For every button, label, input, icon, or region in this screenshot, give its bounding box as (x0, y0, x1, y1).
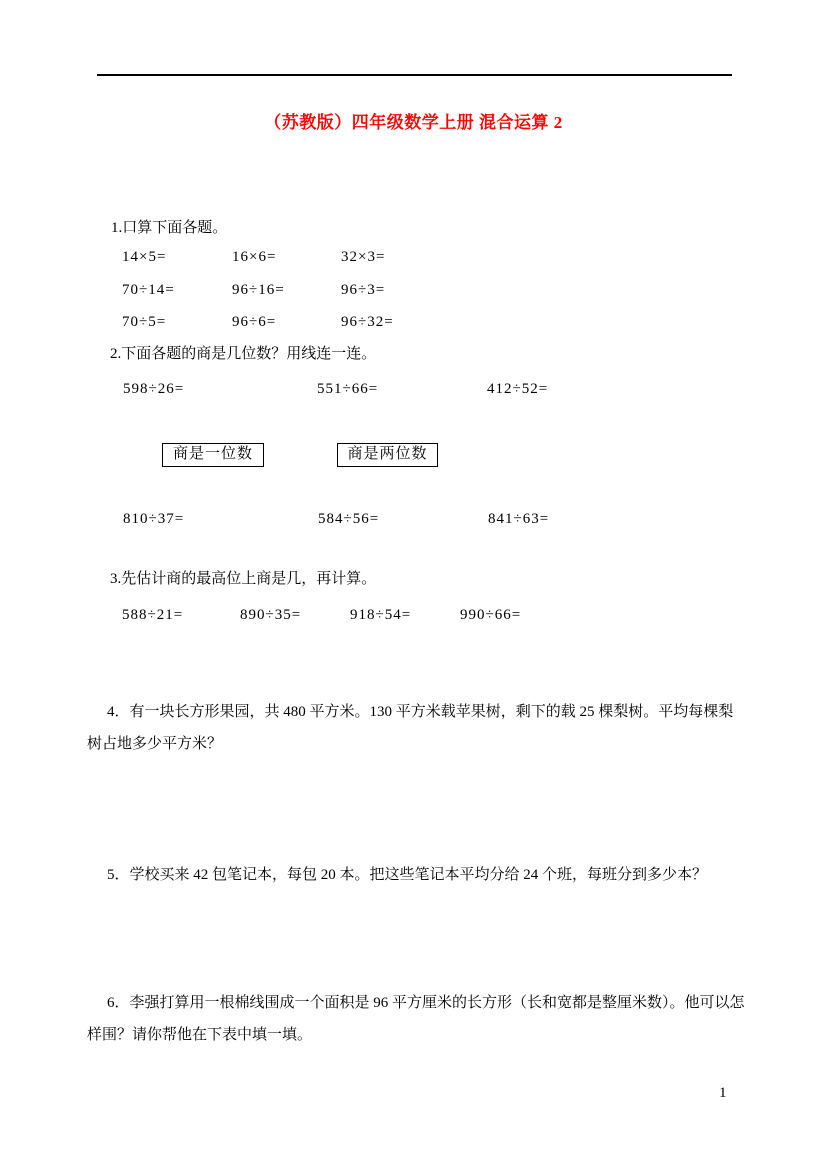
math-expression: 890÷35= (240, 607, 301, 624)
question-6-text-line-2: 样围？请你帮他在下表中填一填。 (87, 1026, 312, 1044)
page-number: 1 (719, 1085, 727, 1102)
question-4-text-line-1: 4．有一块长方形果园，共 480 平方米。130 平方米载苹果树，剩下的载 25… (107, 703, 733, 721)
quotient-one-digit-box: 商是一位数 (162, 443, 264, 467)
math-expression: 96÷6= (232, 314, 276, 331)
math-expression: 16×6= (232, 249, 276, 266)
math-expression: 918÷54= (350, 607, 411, 624)
question-2-label: 2.下面各题的商是几位数？用线连一连。 (110, 346, 376, 363)
header-rule (97, 74, 732, 76)
question-1-label: 1.口算下面各题。 (111, 220, 227, 237)
math-expression: 96÷16= (232, 282, 285, 299)
math-expression: 990÷66= (460, 607, 521, 624)
quotient-two-digit-box: 商是两位数 (337, 443, 438, 467)
math-expression: 841÷63= (488, 511, 549, 528)
math-expression: 96÷32= (341, 314, 394, 331)
math-expression: 810÷37= (123, 511, 184, 528)
question-5-text: 5．学校买来 42 包笔记本，每包 20 本。把这些笔记本平均分给 24 个班，… (107, 866, 707, 884)
math-expression: 70÷14= (122, 282, 175, 299)
math-expression: 584÷56= (318, 511, 379, 528)
worksheet-page: （苏教版）四年级数学上册 混合运算 2 1.口算下面各题。 14×5= 16×6… (0, 0, 827, 1170)
math-expression: 598÷26= (123, 381, 184, 398)
math-expression: 32×3= (341, 249, 385, 266)
math-expression: 70÷5= (122, 314, 166, 331)
question-3-label: 3.先估计商的最高位上商是几，再计算。 (110, 571, 376, 588)
question-6-text-line-1: 6．李强打算用一根棉线围成一个面积是 96 平方厘米的长方形（长和宽都是整厘米数… (107, 994, 745, 1012)
math-expression: 14×5= (122, 249, 166, 266)
math-expression: 412÷52= (487, 381, 548, 398)
question-4-text-line-2: 树占地多少平方米？ (87, 735, 222, 753)
math-expression: 551÷66= (317, 381, 378, 398)
math-expression: 588÷21= (122, 607, 183, 624)
math-expression: 96÷3= (341, 282, 385, 299)
worksheet-title: （苏教版）四年级数学上册 混合运算 2 (0, 108, 827, 133)
